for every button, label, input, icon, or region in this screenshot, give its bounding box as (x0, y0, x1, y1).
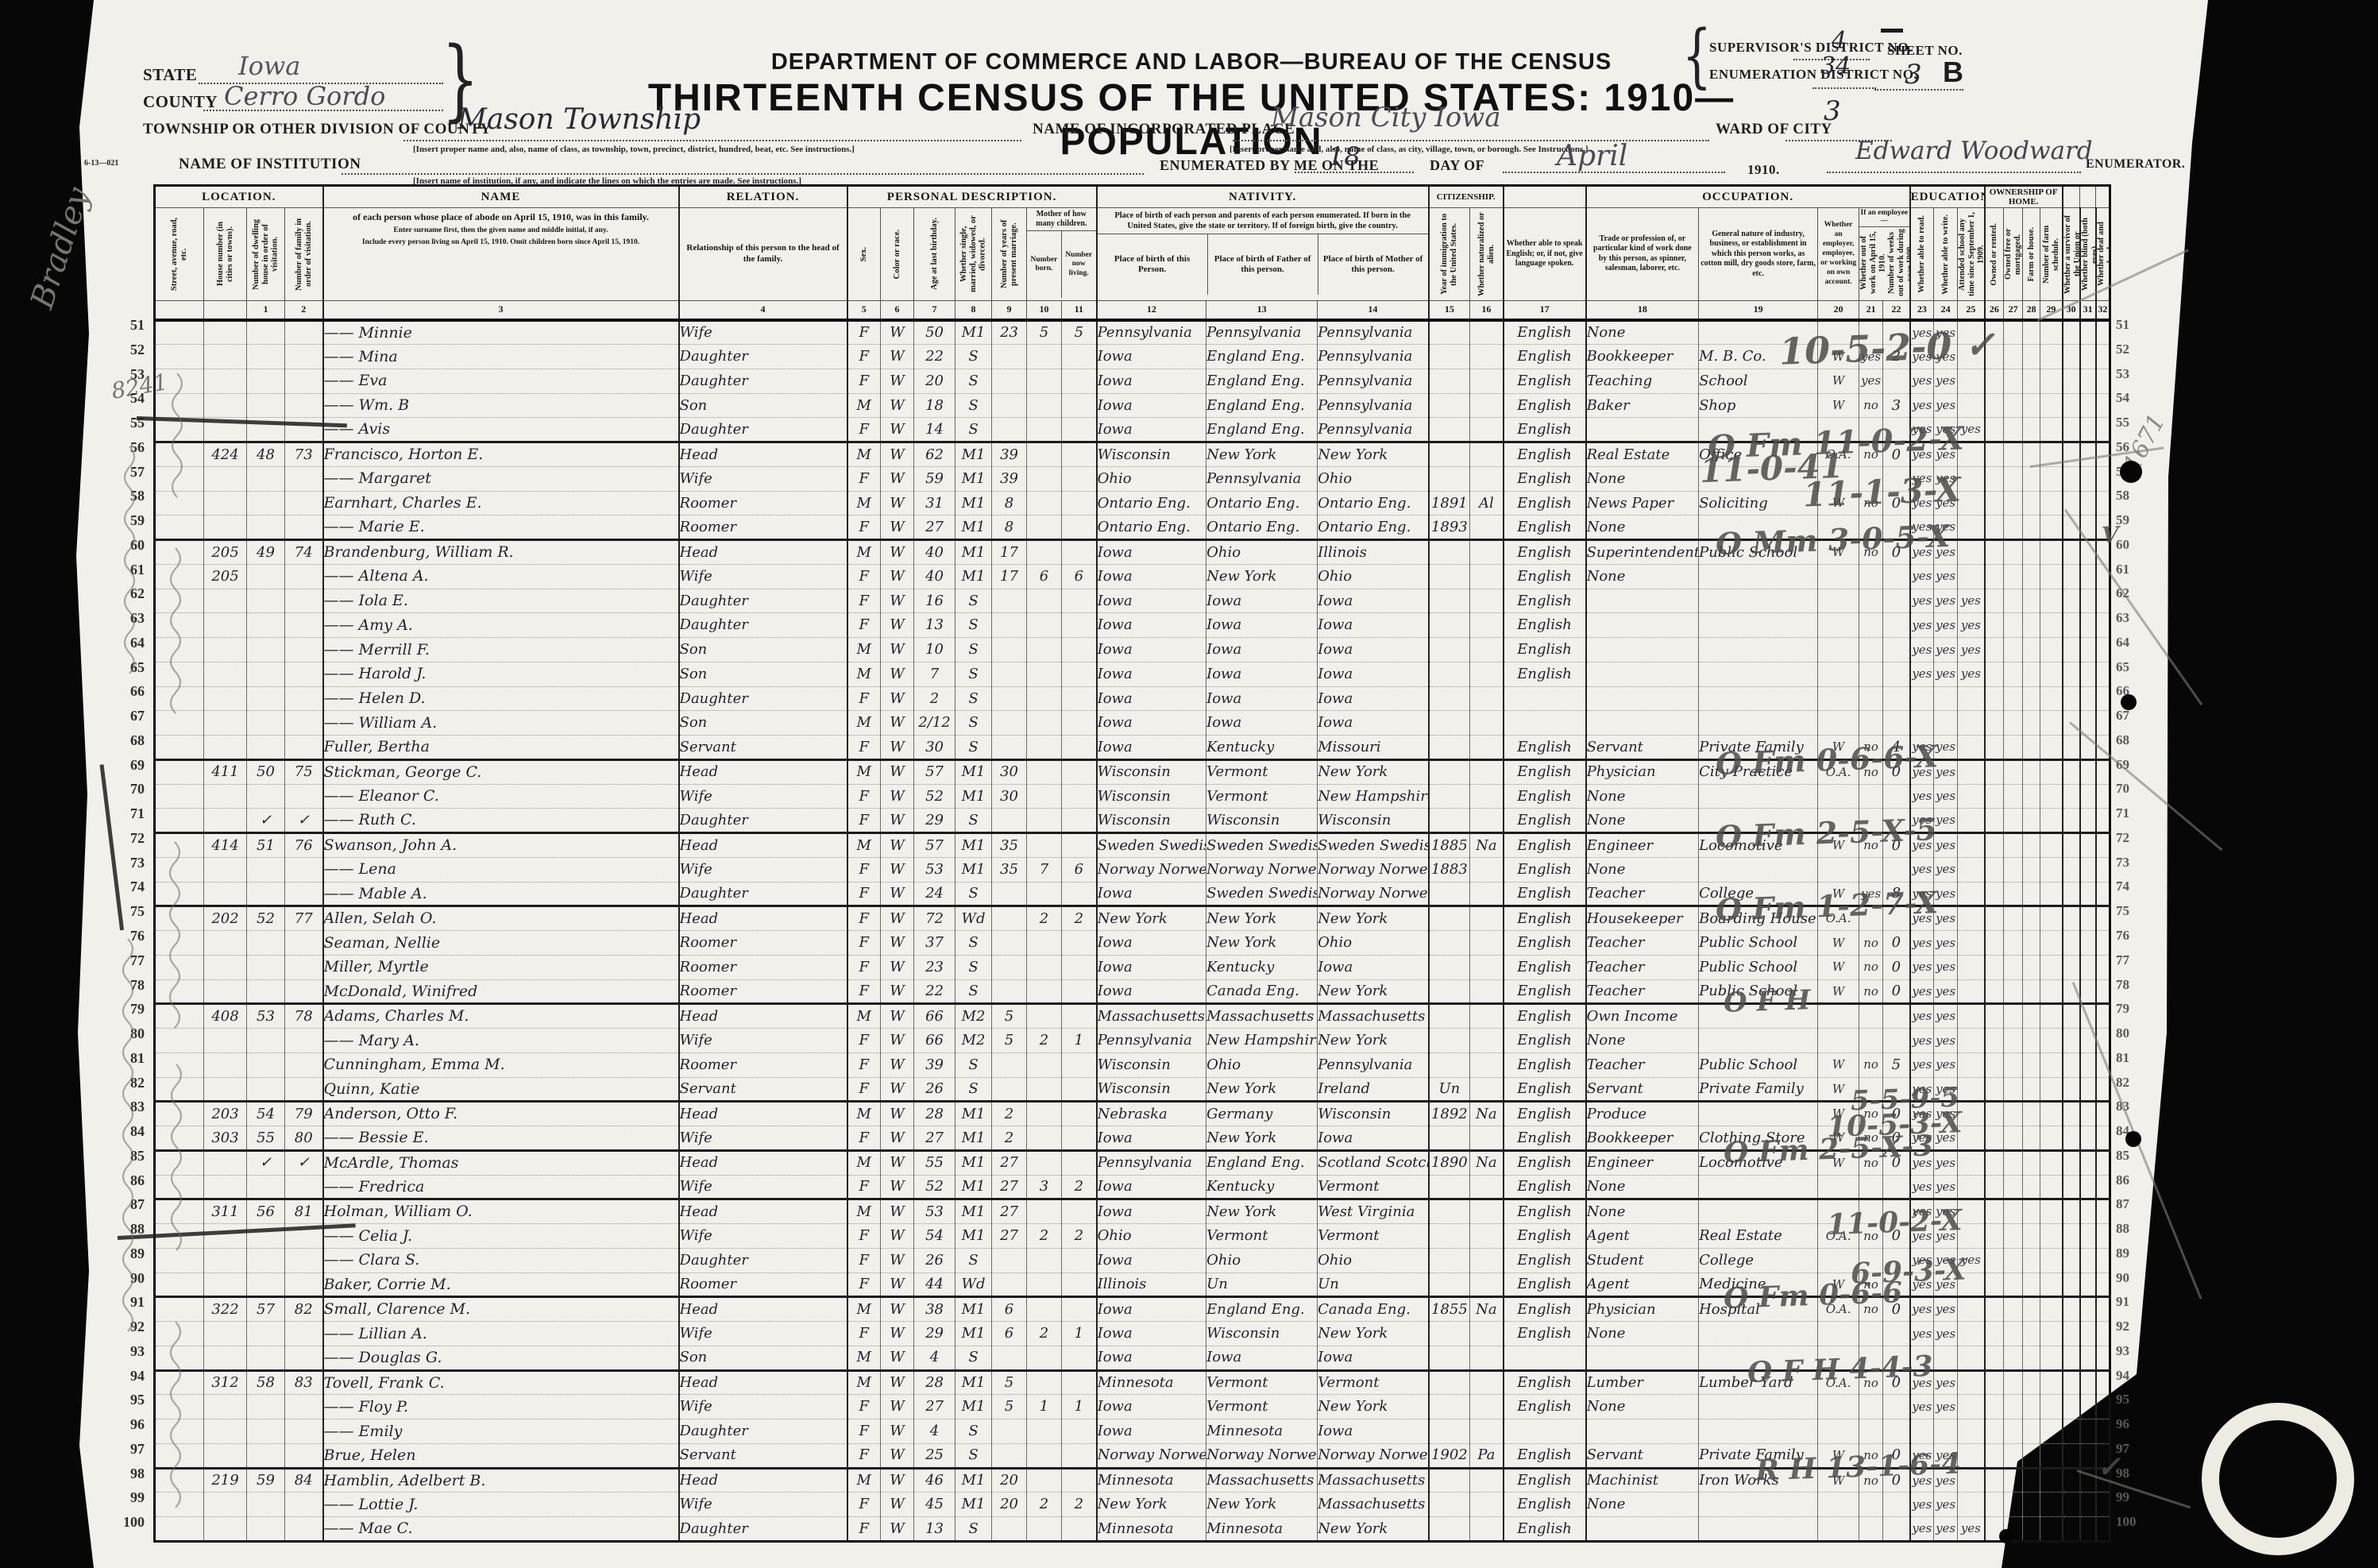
cell-sx: M (847, 442, 881, 467)
cell-im (1429, 1052, 1470, 1077)
cell-wk (1883, 564, 1910, 589)
col-free-mortgaged: Owned free or mortgaged. (2004, 208, 2023, 301)
cell-rel: Head (679, 540, 847, 565)
cell-house (204, 1175, 247, 1199)
cell-pb: Iowa (1097, 711, 1206, 736)
cell-o1 (1985, 1273, 2004, 1297)
cell-im (1429, 1370, 1470, 1395)
cell-im: 1902 (1429, 1443, 1470, 1468)
cell-wr: yes (1934, 1052, 1958, 1077)
cell-dw (247, 1248, 285, 1273)
cell-ym (992, 686, 1027, 711)
cell-fm (285, 662, 323, 686)
cell-o2 (2004, 857, 2023, 882)
cell-cv (1062, 589, 1097, 613)
cell-o4 (2040, 345, 2063, 369)
cell-pb: Iowa (1097, 686, 1206, 711)
cell-sx: F (847, 1517, 881, 1542)
cell-rd: yes (1910, 1004, 1934, 1029)
cell-pm: Sweden Swedish (1318, 833, 1429, 858)
cell-pf: Minnesota (1206, 1517, 1318, 1542)
line-number-right: 72 (2116, 830, 2154, 846)
cell-cv (1062, 516, 1097, 540)
cell-sx: F (847, 1493, 881, 1517)
pencil-code: O Fm 2-5-X-3 (1723, 1129, 1933, 1169)
cell-bl (2080, 589, 2096, 613)
cell-na (1470, 369, 1504, 393)
enum-district-label: ENUMERATION DISTRICT NO. (1709, 67, 1917, 83)
cell-sx: M (847, 1199, 881, 1224)
cell-sx: F (847, 955, 881, 979)
state-label: STATE (143, 65, 197, 85)
cell-pf: England Eng. (1206, 393, 1318, 418)
cell-ow: yes (1859, 369, 1883, 393)
cell-cb (1027, 1419, 1062, 1444)
cell-fm (285, 516, 323, 540)
pencil-code: O F H (1723, 984, 1811, 1019)
cell-rel: Wife (679, 1322, 847, 1346)
cell-o1 (1985, 1370, 2004, 1395)
cell-pb: Ohio (1097, 1224, 1206, 1249)
cell-sc: yes (1958, 638, 1985, 662)
cell-rel: Head (679, 1102, 847, 1126)
cell-cb (1027, 1199, 1062, 1224)
cell-o1 (1985, 466, 2004, 491)
cell-dw (247, 638, 285, 662)
cell-ms: S (955, 1346, 992, 1370)
col-sex: Sex. (847, 208, 881, 301)
cell-dw (247, 1346, 285, 1370)
cell-im: 1892 (1429, 1102, 1470, 1126)
cell-pm: Iowa (1318, 638, 1429, 662)
cell-cb (1027, 759, 1062, 784)
cell-df (2096, 613, 2110, 638)
cell-rd: yes (1910, 1322, 1934, 1346)
cell-house (204, 1517, 247, 1542)
cell-o3 (2023, 1199, 2040, 1224)
cell-pm: Ohio (1318, 1248, 1429, 1273)
cell-ym: 20 (992, 1493, 1027, 1517)
cell-df (2096, 1419, 2110, 1444)
cell-fm (285, 491, 323, 516)
cell-em (1818, 857, 1859, 882)
cell-o2 (2004, 393, 2023, 418)
cell-wk (1883, 662, 1910, 686)
cell-im (1429, 1419, 1470, 1444)
cell-rel: Roomer (679, 979, 847, 1004)
cell-im: 1885 (1429, 833, 1470, 858)
cell-v (2063, 1175, 2080, 1199)
cell-rel: Son (679, 393, 847, 418)
cell-im (1429, 1322, 1470, 1346)
day-line (1295, 172, 1414, 173)
line-number-right: 51 (2116, 317, 2154, 333)
cell-im (1429, 393, 1470, 418)
cell-im (1429, 613, 1470, 638)
cell-pf: Ohio (1206, 540, 1318, 565)
cell-fm (285, 955, 323, 979)
cell-ym: 27 (992, 1175, 1027, 1199)
line-number-left: 75 (110, 903, 145, 920)
cell-house (204, 736, 247, 760)
cell-df (2096, 662, 2110, 686)
cell-o2 (2004, 1493, 2023, 1517)
cell-tr: None (1586, 784, 1699, 809)
col-name: of each person whose place of abode on A… (323, 208, 679, 301)
cell-cl: W (881, 736, 914, 760)
cell-sc (1958, 736, 1985, 760)
line-number-right: 92 (2116, 1319, 2154, 1334)
cell-df (2096, 369, 2110, 393)
cell-ym (992, 613, 1027, 638)
cell-o4 (2040, 1443, 2063, 1468)
cell-o3 (2023, 979, 2040, 1004)
cell-ind: Public School (1699, 931, 1818, 956)
cell-o4 (2040, 662, 2063, 686)
cell-ow (1859, 1175, 1883, 1199)
cell-v (2063, 393, 2080, 418)
sheet-letter: B (1943, 56, 1964, 89)
cell-en: English (1504, 736, 1586, 760)
cell-o3 (2023, 613, 2040, 638)
cell-fm (285, 613, 323, 638)
cell-pb: Iowa (1097, 1322, 1206, 1346)
cell-street (155, 1517, 204, 1542)
column-number-o3: 28 (2023, 300, 2040, 320)
cell-ind (1699, 857, 1818, 882)
cell-v (2063, 759, 2080, 784)
cell-em (1818, 1395, 1859, 1419)
cell-cv (1062, 369, 1097, 393)
cell-o3 (2023, 540, 2040, 565)
cell-street (155, 809, 204, 833)
cell-rel: Roomer (679, 491, 847, 516)
cell-house (204, 857, 247, 882)
cell-o3 (2023, 1297, 2040, 1322)
cell-street (155, 345, 204, 369)
cell-rel: Servant (679, 1077, 847, 1102)
place-label: NAME OF INCORPORATED PLACE (1033, 121, 1295, 138)
cell-ms: M1 (955, 1322, 992, 1346)
column-number-ow: 21 (1859, 300, 1883, 320)
cell-pm: Iowa (1318, 1419, 1429, 1444)
cell-en: English (1504, 393, 1586, 418)
cell-house (204, 1322, 247, 1346)
cell-cl: W (881, 711, 914, 736)
cell-pf: England Eng. (1206, 1297, 1318, 1322)
cell-sx: M (847, 833, 881, 858)
cell-o2 (2004, 320, 2023, 345)
cell-fm (285, 320, 323, 345)
cell-ym: 35 (992, 857, 1027, 882)
township-value: Mason Township (457, 103, 701, 136)
cell-pb: Norway Norwegian (1097, 857, 1206, 882)
line-number-left: 67 (110, 708, 145, 724)
cell-o4 (2040, 1346, 2063, 1370)
cell-cv (1062, 1517, 1097, 1542)
cell-fm: 81 (285, 1199, 323, 1224)
cell-cl: W (881, 491, 914, 516)
cell-ym: 27 (992, 1150, 1027, 1175)
cell-fm: 73 (285, 442, 323, 467)
cell-o1 (1985, 686, 2004, 711)
cell-v (2063, 1322, 2080, 1346)
cell-name: —— Emily (323, 1419, 679, 1444)
person-row-61: 205—— Altena A.WifeFW40M11766IowaNew Yor… (155, 564, 2110, 589)
cell-sx: F (847, 857, 881, 882)
cell-fm (285, 1395, 323, 1419)
cell-sc (1958, 1419, 1985, 1444)
cell-cb (1027, 711, 1062, 736)
cell-pf: Vermont (1206, 1395, 1318, 1419)
punch-hole-ring (2202, 1403, 2354, 1555)
cell-age: 40 (914, 540, 955, 565)
cell-name: Tovell, Frank C. (323, 1370, 679, 1395)
cell-pm: Norway Norwegian (1318, 1443, 1429, 1468)
cell-cl: W (881, 638, 914, 662)
cell-cl: W (881, 1004, 914, 1029)
line-number-left: 68 (110, 732, 145, 749)
line-number-right: 79 (2116, 1001, 2154, 1017)
cell-fm (285, 1029, 323, 1053)
cell-cv: 2 (1062, 906, 1097, 931)
cell-df (2096, 882, 2110, 906)
cell-cl: W (881, 1346, 914, 1370)
cell-em (1818, 711, 1859, 736)
cell-o3 (2023, 1273, 2040, 1297)
cell-dw (247, 345, 285, 369)
col-industry: General nature of industry, business, or… (1699, 208, 1818, 301)
col-children-born: Number born. (1027, 231, 1062, 298)
column-number-sx: 5 (847, 300, 881, 320)
cell-o3 (2023, 686, 2040, 711)
cell-wk (1883, 1395, 1910, 1419)
cell-cv (1062, 1052, 1097, 1077)
column-number-cb: 10 (1027, 300, 1062, 320)
cell-age: 40 (914, 564, 955, 589)
cell-cb (1027, 686, 1062, 711)
cell-sx: F (847, 686, 881, 711)
col-blind: Whether blind (both eyes). (2080, 208, 2096, 301)
cell-wk (1883, 686, 1910, 711)
cell-cl: W (881, 759, 914, 784)
cell-street (155, 516, 204, 540)
cell-df (2096, 1322, 2110, 1346)
col-dwelling: Number of dwelling house in order of vis… (247, 208, 285, 301)
person-row-53: —— EvaDaughterFW20SIowaEngland Eng.Penns… (155, 369, 2110, 393)
place-note: [Insert proper name and, also, name of c… (1230, 145, 1589, 154)
cell-tr: None (1586, 1175, 1699, 1199)
cell-o1 (1985, 711, 2004, 736)
cell-bl (2080, 1224, 2096, 1249)
cell-ms: M1 (955, 1102, 992, 1126)
cell-sx: M (847, 1004, 881, 1029)
cell-bl (2080, 686, 2096, 711)
cell-pb: Iowa (1097, 345, 1206, 369)
cell-cb (1027, 662, 1062, 686)
column-number-cl: 6 (881, 300, 914, 320)
cell-bl (2080, 1126, 2096, 1151)
cell-v (2063, 857, 2080, 882)
cell-o2 (2004, 1150, 2023, 1175)
cell-na (1470, 882, 1504, 906)
cell-em (1818, 1029, 1859, 1053)
cell-o3 (2023, 1468, 2040, 1493)
cell-wr (1934, 686, 1958, 711)
cell-sx: M (847, 393, 881, 418)
cell-o1 (1985, 540, 2004, 565)
cell-df (2096, 833, 2110, 858)
cell-cb: 1 (1027, 1395, 1062, 1419)
column-number-row: 1234567891011121314151617181920212223242… (155, 300, 2110, 320)
cell-pb: Wisconsin (1097, 759, 1206, 784)
cell-en: English (1504, 784, 1586, 809)
cell-ow: no (1859, 955, 1883, 979)
line-number-right: 87 (2116, 1196, 2154, 1212)
cell-pf: Iowa (1206, 711, 1318, 736)
form-number: 6-13—021 (84, 159, 118, 168)
line-number-right: 61 (2116, 562, 2154, 577)
cell-ind (1699, 1395, 1818, 1419)
cell-pm: Illinois (1318, 540, 1429, 565)
line-number-left: 51 (110, 317, 145, 334)
person-row-54: —— Wm. BSonMW18SIowaEngland Eng.Pennsylv… (155, 393, 2110, 418)
cell-sx: M (847, 759, 881, 784)
cell-df (2096, 711, 2110, 736)
cell-dw (247, 1443, 285, 1468)
column-number-ym: 9 (992, 300, 1027, 320)
cell-ym: 2 (992, 1126, 1027, 1151)
cell-ow: no (1859, 931, 1883, 956)
cell-rel: Wife (679, 466, 847, 491)
cell-o3 (2023, 1248, 2040, 1273)
column-number-ms: 8 (955, 300, 992, 320)
cell-ym: 5 (992, 1370, 1027, 1395)
cell-im (1429, 1346, 1470, 1370)
cell-en: English (1504, 564, 1586, 589)
cell-sc (1958, 1004, 1985, 1029)
cell-ym: 2 (992, 1102, 1027, 1126)
column-number-age: 7 (914, 300, 955, 320)
cell-ow (1859, 662, 1883, 686)
cell-rel: Servant (679, 1443, 847, 1468)
cell-cb: 7 (1027, 857, 1062, 882)
cell-cb (1027, 931, 1062, 956)
person-row-89: —— Clara S.DaughterFW26SIowaOhioOhioEngl… (155, 1248, 2110, 1273)
cell-rd (1910, 711, 1934, 736)
cell-df (2096, 1224, 2110, 1249)
cell-ow: no (1859, 393, 1883, 418)
cell-rel: Head (679, 833, 847, 858)
line-number-left: 72 (110, 830, 145, 847)
cell-pb: Pennsylvania (1097, 1029, 1206, 1053)
cell-house (204, 320, 247, 345)
cell-o4 (2040, 1004, 2063, 1029)
cell-dw (247, 466, 285, 491)
cell-sc: yes (1958, 662, 1985, 686)
cell-name: —— Fredrica (323, 1175, 679, 1199)
pencil-code: O Fm 0-6-6-X (1715, 738, 1939, 782)
cell-cv (1062, 1077, 1097, 1102)
cell-dw (247, 320, 285, 345)
col-weeks-out: Number of weeks out of work during year … (1887, 227, 1909, 299)
cell-pf: England Eng. (1206, 1150, 1318, 1175)
cell-age: 18 (914, 393, 955, 418)
cell-age: 27 (914, 1395, 955, 1419)
cell-name: —— Floy P. (323, 1395, 679, 1419)
cell-rel: Wife (679, 564, 847, 589)
cell-name: —— Eva (323, 369, 679, 393)
cell-house (204, 516, 247, 540)
col-birthplace-mother: Place of birth of Mother of this person. (1318, 234, 1428, 295)
cell-fm (285, 1322, 323, 1346)
cell-sx: F (847, 1077, 881, 1102)
cell-o2 (2004, 736, 2023, 760)
cell-pf: Ohio (1206, 1248, 1318, 1273)
cell-na (1470, 345, 1504, 369)
cell-o4 (2040, 564, 2063, 589)
county-value: Cerro Gordo (224, 81, 385, 111)
cell-na: Na (1470, 1150, 1504, 1175)
cell-sx: M (847, 1102, 881, 1126)
cell-im (1429, 1493, 1470, 1517)
cell-dw (247, 1395, 285, 1419)
cell-sc (1958, 809, 1985, 833)
cell-sx: F (847, 1052, 881, 1077)
cell-tr: None (1586, 516, 1699, 540)
group-spacer-blind (2080, 186, 2096, 208)
cell-v (2063, 638, 2080, 662)
cell-cl: W (881, 1322, 914, 1346)
cell-ow (1859, 1004, 1883, 1029)
column-description-row: Street, avenue, road, etc. House number … (155, 208, 2110, 301)
cell-cv (1062, 759, 1097, 784)
cell-age: 72 (914, 906, 955, 931)
cell-o3 (2023, 1419, 2040, 1444)
person-row-83: 2035479Anderson, Otto F.HeadMW28M12Nebra… (155, 1102, 2110, 1126)
cell-rel: Son (679, 1346, 847, 1370)
cell-im (1429, 906, 1470, 931)
cell-o3 (2023, 736, 2040, 760)
cell-na (1470, 784, 1504, 809)
cell-o3 (2023, 320, 2040, 345)
cell-name: —— Mae C. (323, 1517, 679, 1542)
cell-cv (1062, 1248, 1097, 1273)
cell-v (2063, 833, 2080, 858)
cell-o1 (1985, 613, 2004, 638)
cell-dw (247, 491, 285, 516)
cell-pf: New York (1206, 1077, 1318, 1102)
line-number-right: 75 (2116, 903, 2154, 919)
cell-o1 (1985, 418, 2004, 442)
cell-ow (1859, 784, 1883, 809)
cell-df (2096, 1346, 2110, 1370)
cell-fm (285, 564, 323, 589)
cell-rel: Daughter (679, 1419, 847, 1444)
line-number-right: 95 (2116, 1392, 2154, 1408)
cell-house (204, 1346, 247, 1370)
township-line (403, 140, 1021, 141)
cell-ms: S (955, 418, 992, 442)
cell-tr (1586, 662, 1699, 686)
table-header: LOCATION. NAME RELATION. PERSONAL DESCRI… (155, 186, 2110, 320)
cell-name: Brue, Helen (323, 1443, 679, 1468)
cell-tr (1586, 1346, 1699, 1370)
cell-im (1429, 1517, 1470, 1542)
cell-en: English (1504, 1273, 1586, 1297)
cell-name: —— Wm. B (323, 393, 679, 418)
cell-dw (247, 931, 285, 956)
